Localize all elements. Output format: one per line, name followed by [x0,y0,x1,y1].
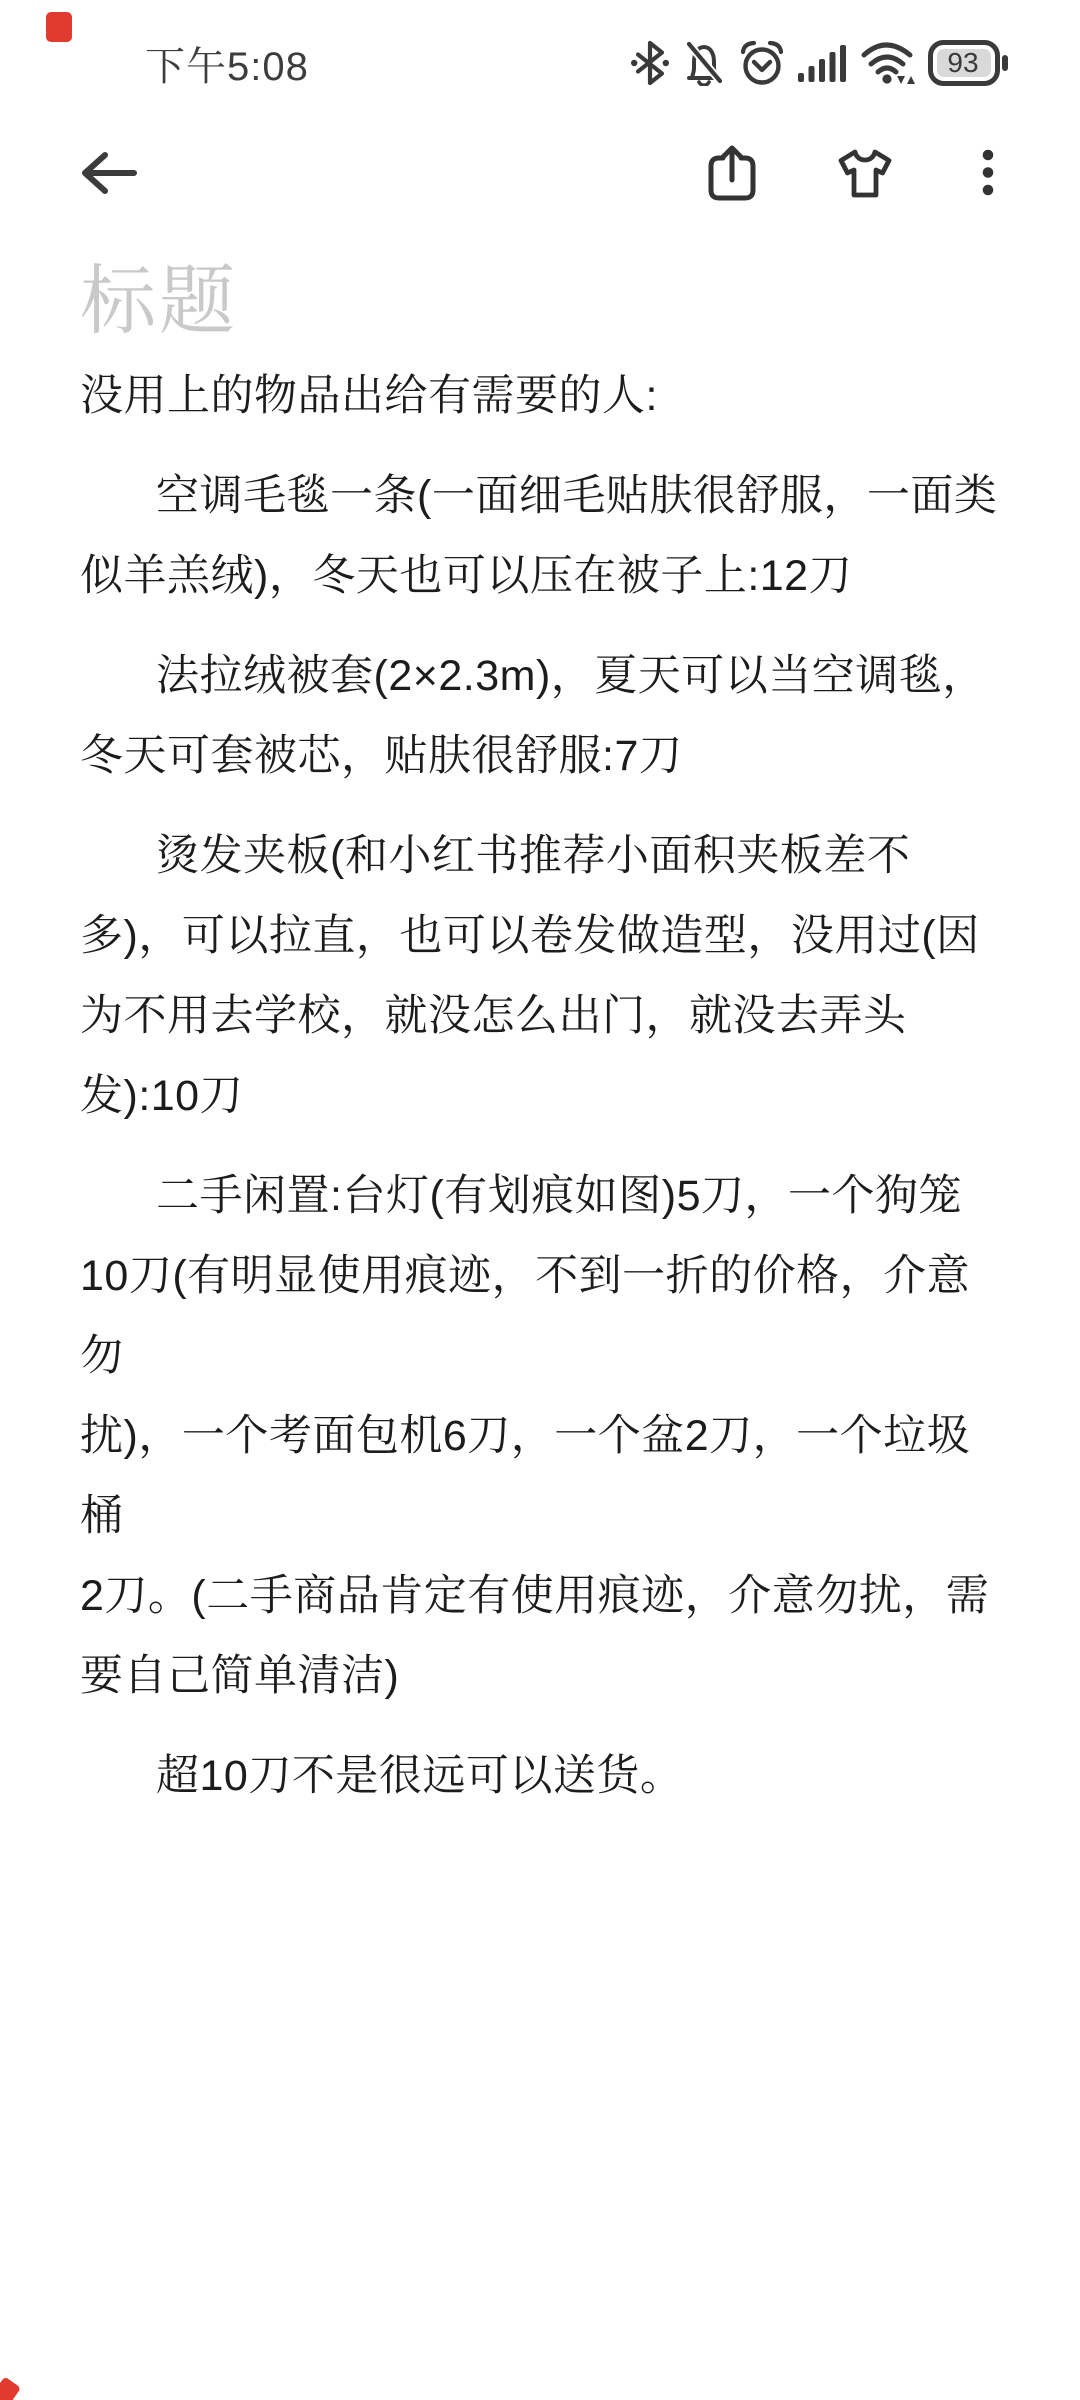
corner-mark-top-left [46,12,72,42]
clock-text: 下午5:08 [145,35,309,92]
battery-icon: 93 [928,40,1008,86]
signal-strength-icon [798,42,848,84]
share-button[interactable] [704,142,760,207]
toolbar [0,128,1080,220]
theme-button[interactable] [834,146,896,203]
back-arrow-icon [78,150,140,199]
status-bar: 下午5:08 [0,0,1080,112]
more-menu-button[interactable] [982,149,994,200]
body-paragraph: 烫发夹板(和小红书推荐小面积夹板差不多)，可以拉直，也可以卷发做造型，没用过(因… [80,816,1010,1136]
status-icons: 93 [631,40,1008,86]
tshirt-icon [834,146,896,203]
kebab-menu-icon [982,149,994,200]
note-body-editor[interactable]: 没用上的物品出给有需要的人:空调毛毯一条(一面细毛贴肤很舒服，一面类似羊羔绒)，… [80,356,1010,1836]
alarm-icon [739,40,785,86]
battery-percent-text: 93 [928,40,998,86]
back-button[interactable] [78,150,140,199]
wifi-icon [861,40,915,86]
body-paragraph: 法拉绒被套(2×2.3m)，夏天可以当空调毯，冬天可套被芯，贴肤很舒服:7刀 [80,636,1010,796]
notes-app-screen: { "status_bar": { "time": "下午5:08", "bat… [0,0,1080,2400]
share-icon [704,142,760,207]
corner-mark-bottom-left [0,2376,21,2400]
body-paragraph: 二手闲置:台灯(有划痕如图)5刀，一个狗笼10刀(有明显使用痕迹，不到一折的价格… [80,1156,1010,1716]
body-paragraph: 没用上的物品出给有需要的人: [80,356,1010,436]
notifications-muted-icon [682,40,726,86]
note-title-input[interactable]: 标题 [80,258,1004,345]
body-paragraph: 空调毛毯一条(一面细毛贴肤很舒服，一面类似羊羔绒)，冬天也可以压在被子上:12刀 [80,456,1010,616]
body-paragraph: 超10刀不是很远可以送货。 [80,1736,1010,1816]
bluetooth-icon [631,40,669,86]
